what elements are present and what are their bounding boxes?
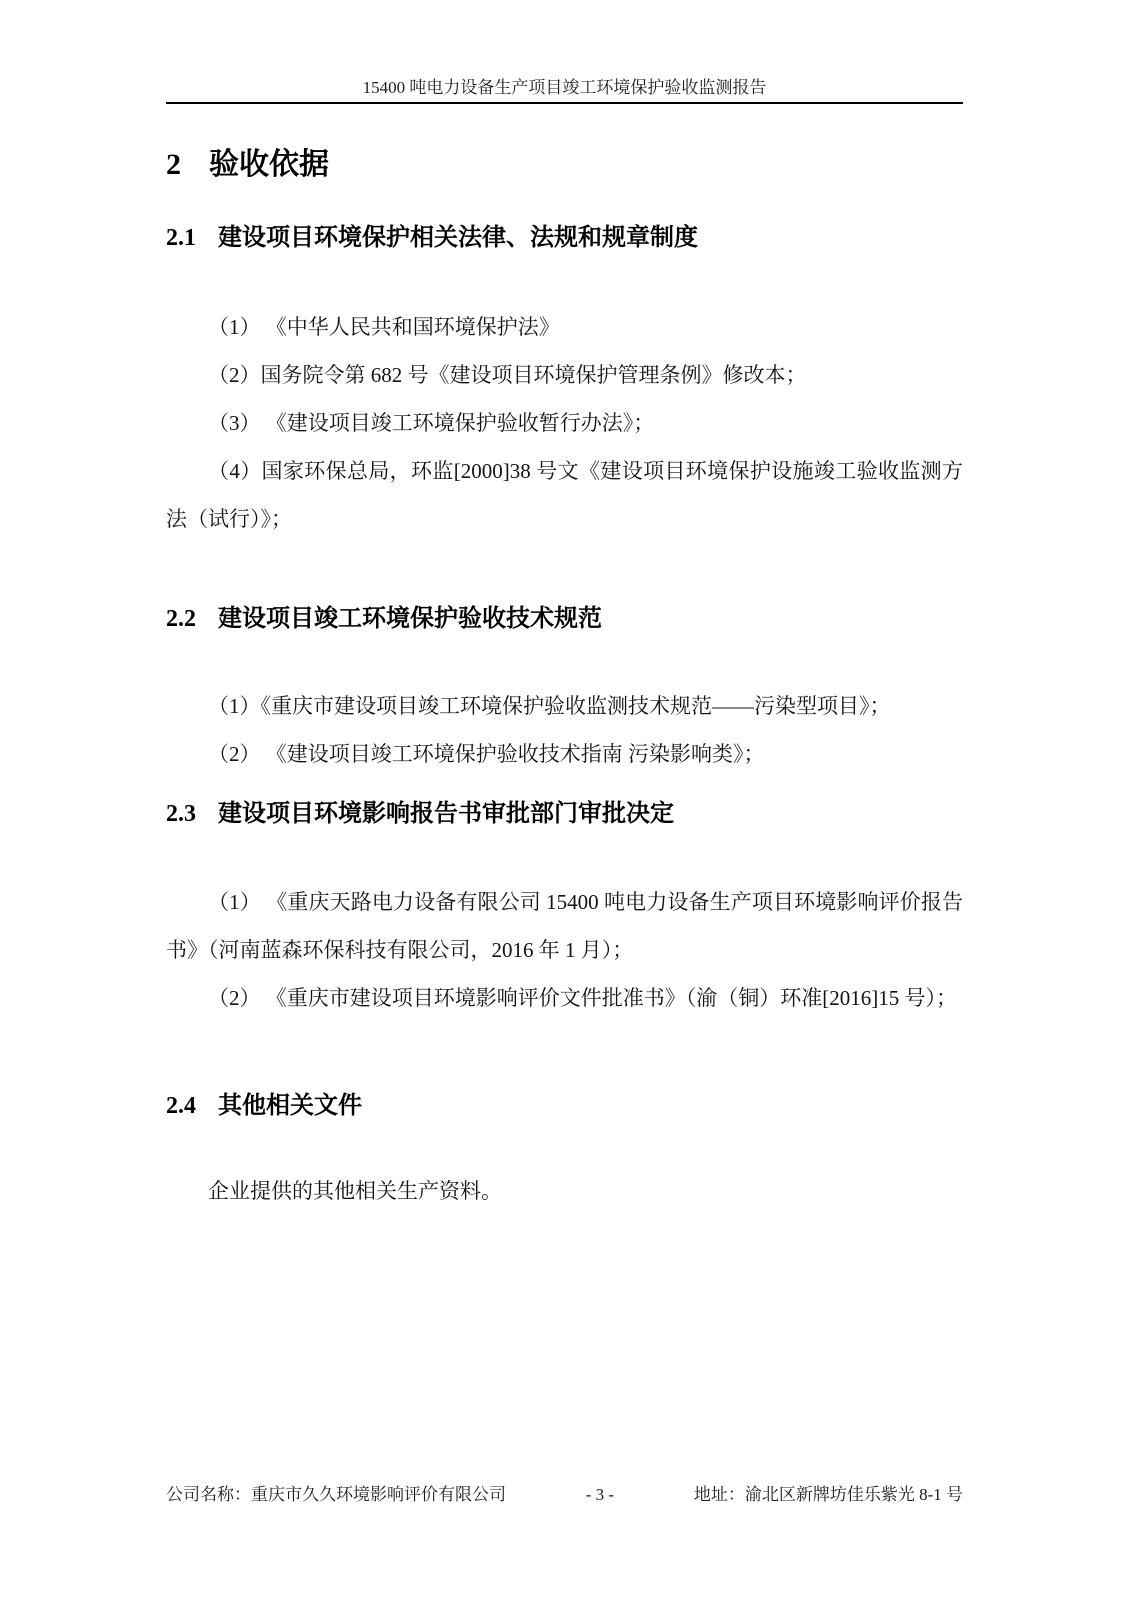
list-item: （2） 《建设项目竣工环境保护验收技术指南 污染影响类》； (166, 730, 963, 778)
section-number: 2.1 (166, 225, 196, 251)
section-number: 2.2 (166, 606, 196, 632)
list-item: （1） 《中华人民共和国环境保护法》 (166, 303, 963, 351)
section-number: 2.3 (166, 801, 196, 827)
section-title: 建设项目竣工环境保护验收技术规范 (218, 605, 602, 632)
list-item: （2） 《重庆市建设项目环境影响评价文件批准书》（渝（铜）环准[2016]15 … (166, 974, 963, 1022)
document-page: 15400 吨电力设备生产项目竣工环境保护验收监测报告 2验收依据 2.1建设项… (0, 0, 1131, 1600)
footer-company-name: 公司名称：重庆市久久环境影响评价有限公司 (166, 1484, 506, 1506)
section-2-4-body: 企业提供的其他相关生产资料。 (166, 1167, 963, 1215)
list-item: （4）国家环保总局，环监[2000]38 号文《建设项目环境保护设施竣工验收监测… (166, 447, 963, 543)
section-heading-2-1: 2.1建设项目环境保护相关法律、法规和规章制度 (166, 222, 963, 254)
running-header-title: 15400 吨电力设备生产项目竣工环境保护验收监测报告 (166, 76, 963, 100)
section-title: 建设项目环境保护相关法律、法规和规章制度 (218, 224, 698, 251)
list-item: （1）《重庆市建设项目竣工环境保护验收监测技术规范——污染型项目》； (166, 682, 963, 730)
header-divider-line (166, 102, 963, 104)
section-heading-2-4: 2.4其他相关文件 (166, 1090, 963, 1122)
section-title: 建设项目环境影响报告书审批部门审批决定 (218, 800, 674, 827)
section-2-2-body: （1）《重庆市建设项目竣工环境保护验收监测技术规范——污染型项目》； （2） 《… (166, 682, 963, 778)
chapter-heading: 2验收依据 (166, 147, 963, 183)
list-item: （3） 《建设项目竣工环境保护验收暂行办法》； (166, 399, 963, 447)
footer-page-number: - 3 - (586, 1484, 614, 1506)
chapter-title: 验收依据 (209, 148, 329, 181)
section-number: 2.4 (166, 1093, 196, 1119)
chapter-number: 2 (166, 148, 181, 181)
list-item: （1） 《重庆天路电力设备有限公司 15400 吨电力设备生产项目环境影响评价报… (166, 878, 963, 974)
body-paragraph: 企业提供的其他相关生产资料。 (166, 1167, 963, 1215)
footer-address: 地址：渝北区新牌坊佳乐紫光 8-1 号 (694, 1484, 963, 1506)
section-title: 其他相关文件 (218, 1092, 362, 1119)
section-2-3-body: （1） 《重庆天路电力设备有限公司 15400 吨电力设备生产项目环境影响评价报… (166, 878, 963, 1022)
list-item: （2）国务院令第 682 号《建设项目环境保护管理条例》修改本； (166, 351, 963, 399)
section-2-1-body: （1） 《中华人民共和国环境保护法》 （2）国务院令第 682 号《建设项目环境… (166, 303, 963, 543)
section-heading-2-2: 2.2建设项目竣工环境保护验收技术规范 (166, 603, 963, 635)
page-footer: 公司名称：重庆市久久环境影响评价有限公司 - 3 - 地址：渝北区新牌坊佳乐紫光… (166, 1484, 963, 1506)
section-heading-2-3: 2.3建设项目环境影响报告书审批部门审批决定 (166, 798, 963, 830)
